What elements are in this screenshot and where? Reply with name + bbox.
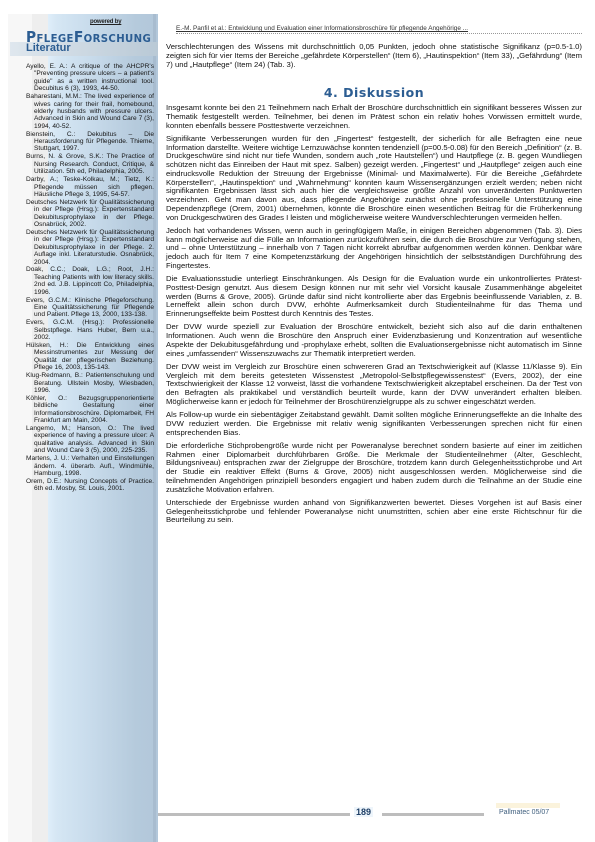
reference-item: Martens, J. U.: Verhalten und Einstellun…	[26, 455, 154, 477]
running-header: E.-M. Panfil et al.: Entwicklung und Eva…	[176, 25, 582, 34]
journal-issue: Pallmatec 05/07	[499, 809, 549, 816]
body-paragraph: Als Follow-up wurde ein siebentägiger Ze…	[166, 411, 582, 437]
main-text-column: Verschlechterungen des Wissens mit durch…	[166, 43, 582, 530]
footer-highlight	[496, 803, 560, 808]
section-label-text: Literatur	[26, 42, 71, 54]
body-paragraph: Der DVW weist im Vergleich zur Broschüre…	[166, 363, 582, 407]
reference-list: Ayello, E. A.: A critique of the AHCPR's…	[26, 63, 154, 493]
body-paragraph: Signifikante Verbesserungen wurden für d…	[166, 135, 582, 223]
reference-item: Orem, D.E.: Nursing Concepts of Practice…	[26, 478, 154, 493]
body-paragraph: Der DVW wurde speziell zur Evaluation de…	[166, 323, 582, 358]
footer-rule-right	[382, 813, 484, 816]
reference-item: Evers, G.C.M.: Klinische Pflegeforschung…	[26, 297, 154, 319]
reference-item: Doak, C.C.; Doak, L.G.; Root, J.H.: Teac…	[26, 266, 154, 296]
brand-tagline: powered by	[90, 19, 121, 25]
reference-item: Köhler, O.: Bezugsgruppenorientierte bil…	[26, 395, 154, 425]
footer-rule-left	[158, 813, 350, 816]
body-paragraph: Die Evaluationsstudie unterliegt Einschr…	[166, 275, 582, 319]
sidebar-section-label: Literatur	[10, 42, 158, 56]
body-paragraph: Unterschiede der Ergebnisse wurden anhan…	[166, 499, 582, 525]
page-number: 189	[354, 807, 373, 817]
reference-item: Deutsches Netzwerk für Qualitätssicherun…	[26, 229, 154, 266]
body-paragraph: Die erforderliche Stichprobengröße wurde…	[166, 442, 582, 495]
body-paragraph: Jedoch hat vorhandenes Wissen, wenn auch…	[166, 227, 582, 271]
reference-item: Langemo, M.; Hanson, O.: The lived exper…	[26, 425, 154, 455]
reference-item: Baharestani, M.M.: The lived experience …	[26, 93, 154, 130]
reference-item: Bienstein, C.: Dekubitus – Die Herausfor…	[26, 131, 154, 153]
body-paragraph: Insgesamt konnte bei den 21 Teilnehmern …	[166, 104, 582, 130]
reference-item: Hülsken, H.: Die Entwicklung eines Messi…	[26, 342, 154, 372]
intro-paragraph: Verschlechterungen des Wissens mit durch…	[166, 43, 582, 69]
reference-item: Evers, G.C.M. (Hrsg.): Professionelle Se…	[26, 319, 154, 341]
reference-item: Deutsches Netzwerk für Qualitätssicherun…	[26, 199, 154, 229]
section-heading: 4. Diskussion	[166, 89, 582, 98]
reference-item: Darby, A.; Teske-Kolkau, M.; Tietz, K.: …	[26, 176, 154, 198]
reference-item: Klug-Redmann, B.: Patientenschulung und …	[26, 372, 154, 394]
reference-item: Burns, N. & Grove, S.K.: The Practice of…	[26, 153, 154, 175]
reference-item: Ayello, E. A.: A critique of the AHCPR's…	[26, 63, 154, 93]
